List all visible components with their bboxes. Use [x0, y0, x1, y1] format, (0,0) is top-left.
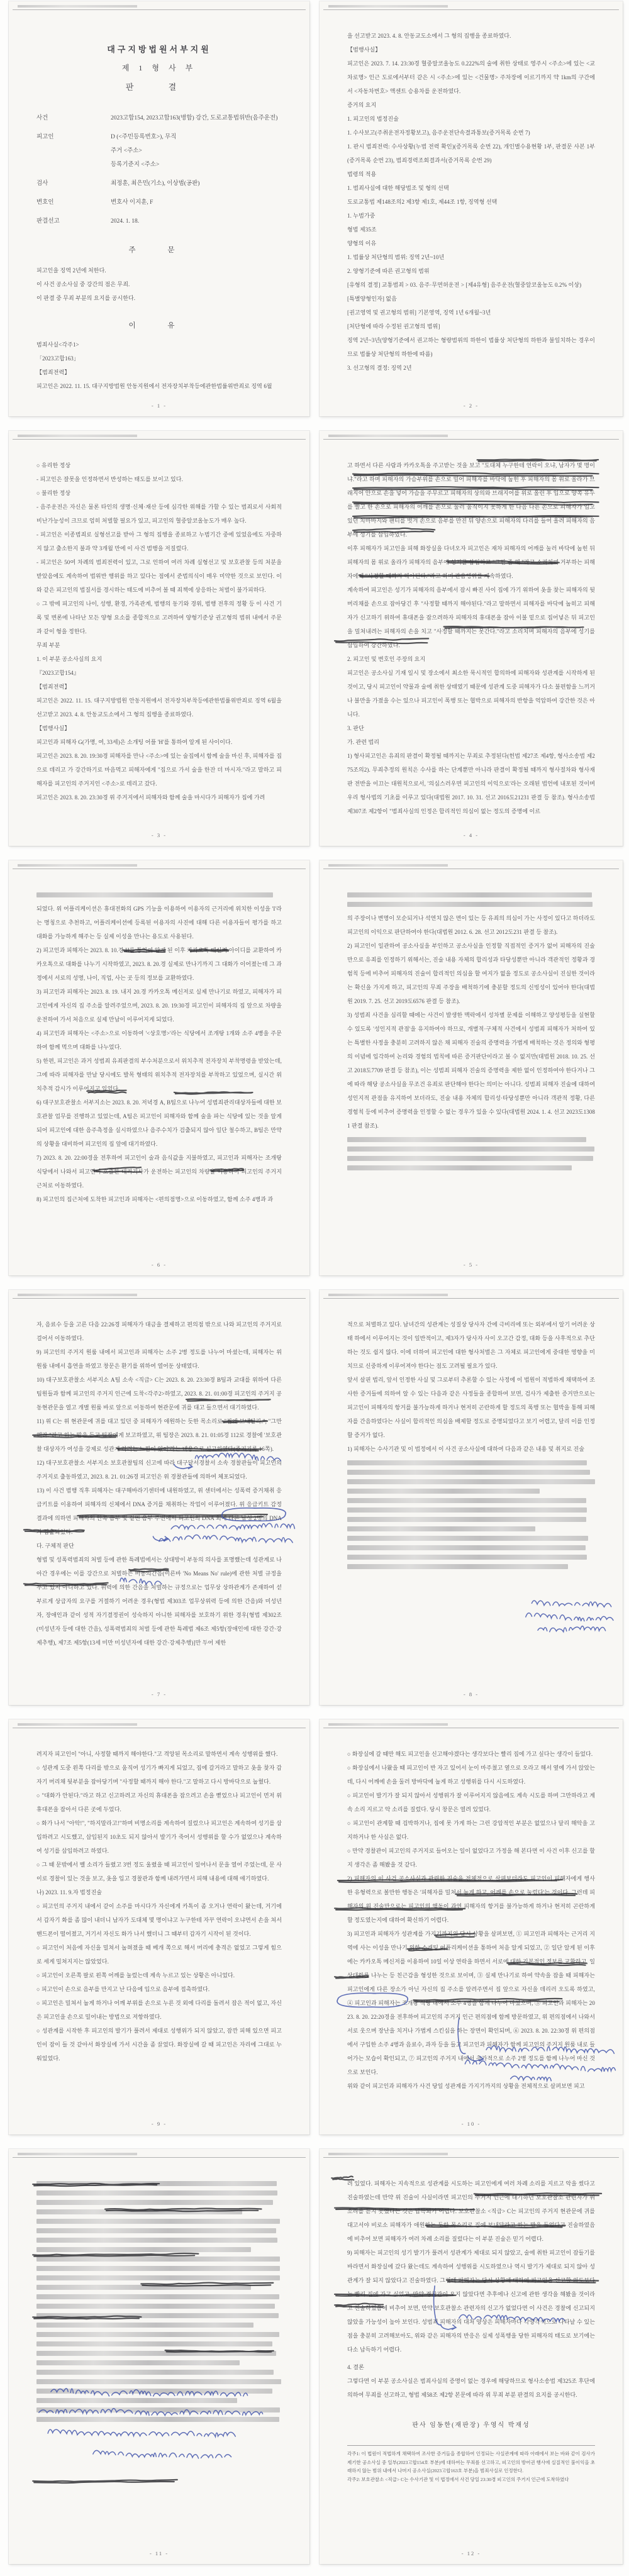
paragraph: 1. 누범가중	[347, 209, 595, 223]
print-header-caption	[328, 1294, 448, 1296]
page-3: ○ 유리한 정상- 피고인은 잘못을 인정하면서 반성하는 태도를 보이고 있다…	[9, 431, 309, 846]
field-label: 피고인	[36, 130, 111, 144]
paragraph: 3) 피고인과 피해자가 성관계를 가지기까지의 당시 상황을 살펴보면, ① …	[347, 1927, 595, 2079]
field-row: 변호인변호사 이지훈, F	[36, 196, 282, 209]
page-number: - 11 -	[9, 2550, 309, 2557]
paragraph: 2) 피고인과 피해자는 2023. 8. 10.경 H를 통하여 알게 된 이…	[36, 943, 282, 985]
paragraph: 을 선고받고 2023. 4. 8. 안동교도소에서 그 형의 집행을 종료하였…	[347, 29, 595, 43]
footnote-divider	[347, 2445, 595, 2446]
paragraph: 가. 관련 법리	[347, 735, 595, 749]
paragraph: ○ 피고인이 관계할 때 겁박하거나, 집에 못 가게 하는 그런 강압적인 부…	[347, 1816, 595, 1844]
paragraph: 적으로 처벌하고 있다. 남녀간의 성관계는 성질상 당사자 간에 극비리에 또…	[347, 1318, 595, 1373]
paragraph: 7) 2023. 8. 20. 22:00경을 전후하여 피고인이 술과 음식값…	[36, 1151, 282, 1192]
paragraph: 고 하면서 다른 사람과 카카오톡을 주고받는 것을 보고 "도대체 누구한테 …	[347, 458, 595, 541]
paragraph: 1. 수사보고(주취운전자정황보고), 음주운전단속결과통보(증거목록 순번 7…	[347, 126, 595, 140]
page-9: 려지자 피고인이 "아니, 사정할 때까지 해야한다."고 격앙된 목소리로 말…	[9, 1719, 309, 2135]
text-line-blurred	[36, 2323, 253, 2328]
page-number: - 3 -	[9, 832, 309, 838]
text-line-blurred	[36, 2407, 280, 2412]
text-line-blurred	[347, 1156, 593, 1161]
paragraph: - 피고인은 50여 차례의 범죄전력이 있고, 그로 인하여 여러 차례 실형…	[36, 555, 282, 597]
paragraph: ○ 피고인이 손으로 음부를 만지고 난 다음에 입으로 음부에 접촉하였다.	[36, 1982, 282, 1996]
paragraph: 5) 한편, 피고인은 과거 성범죄 유죄판결의 부수처분으로서 위치추적 전자…	[36, 1054, 282, 1096]
paragraph: 피고인은 2022. 11. 15. 대구지방법원 안동지원에서 전자장치부착등…	[36, 379, 282, 393]
paragraph: 2) 피고인이 일관하여 공소사실을 부인하고 공소사실을 인정할 직접적인 증…	[347, 939, 595, 1008]
text-line-blurred	[347, 1507, 587, 1513]
text-line-blurred	[36, 2341, 272, 2346]
paragraph: 4. 결론	[347, 2360, 595, 2374]
print-header	[9, 4, 309, 11]
page-number: - 6 -	[9, 1262, 309, 1268]
field-row: 검사최정훈, 최은민(기소), 이상범(공판)	[36, 177, 282, 191]
text-line-blurred	[36, 2181, 277, 2186]
text-line-blurred	[36, 2379, 281, 2384]
paragraph: 다. 구체적 판단	[36, 1539, 282, 1553]
print-header	[9, 1292, 309, 1300]
paragraph: 3) 성범죄 사건을 심리할 때에는 사건이 발생한 맥락에서 성차별 문제를 …	[347, 1008, 595, 1133]
paragraph: 11) 위 C는 위 현관문에 귀를 대고 있던 중 피해자가 애원하는 듯한 …	[36, 1414, 282, 1456]
paragraph: 3) 피고인과 피해자는 2023. 8. 19. 내지 20.경 카카오톡 메…	[36, 985, 282, 1026]
field-value: D (<주민등록번호>), 무직	[111, 130, 282, 144]
page-number: - 4 -	[320, 832, 623, 838]
paragraph: 그렇다면 이 부분 공소사실은 범죄사실의 증명이 없는 경우에 해당하므로 형…	[347, 2374, 595, 2402]
paragraph: 『2023고합154』	[36, 666, 282, 680]
print-header-caption	[18, 2153, 137, 2155]
paragraph: ○ "대화가 안된다."라고 하고 신고하려고 자신의 휴대폰을 잡으려고 손을…	[36, 1789, 282, 1816]
text-line-blurred	[347, 1545, 586, 1550]
field-label	[36, 158, 111, 172]
footnote: 각주2: 보호관찰소 <직급> C는 수사기관 및 이 법정에서 사건 당일 2…	[347, 2475, 595, 2484]
print-header	[320, 2151, 623, 2159]
paragraph: 1. 범죄사실에 대한 해당법조 및 형의 선택	[347, 181, 595, 195]
page-number: - 8 -	[320, 1691, 623, 1697]
text-line-blurred	[36, 892, 273, 897]
header-rule	[323, 2157, 619, 2158]
paragraph: 이 판결 중 무죄 부분의 요지를 공시한다.	[36, 291, 282, 305]
paragraph: 「2023고합163」	[36, 352, 282, 365]
paragraph: ○ 화가 나서 "아악!", "하지말라고!"하며 비명소리를 계속하여 질렀으…	[36, 1816, 282, 1858]
paragraph: 형법 제35조	[347, 223, 595, 236]
paragraph: 【범행사실】	[36, 721, 282, 735]
page-7: 자, 음료수 등을 고른 다음 22:26경 피해자가 대금을 결제하고 편의점…	[9, 1290, 309, 1705]
text-line-blurred	[347, 1470, 590, 1475]
judgment-scan-sheet: 대구지방법원서부지원제 1 형 사 부판 결사건2023고합154, 2023고…	[0, 0, 629, 2576]
paragraph: 1. 판시 범죄전력: 수사상황(누범 전력 확인)(증거목록 순번 22), …	[347, 140, 595, 167]
paragraph: 【범죄전력】	[36, 365, 282, 379]
paragraph: 되었다. 위 어플리케이션은 휴대전화의 GPS 기능을 이용하여 이용자의 근…	[36, 902, 282, 943]
print-header-caption	[18, 1294, 137, 1296]
text-line-blurred	[347, 1564, 568, 1569]
paragraph: 6) 대구보호관찰소 서부지소는 2023. 8. 20. 저녁경 A, B팀으…	[36, 1096, 282, 1151]
paragraph: ○ 불리한 정상	[36, 486, 282, 500]
paragraph: [처단형에 따라 수정된 권고형의 범위]	[347, 319, 595, 333]
paragraph: [유형의 결정] 교통범죄 > 03. 음주·무면허운전 > [제4유형] 음주…	[347, 278, 595, 292]
paragraph: ○ 화장실에 갈 때만 해도 피고인을 신고해야겠다는 생각보다는 빨리 집에 …	[347, 1747, 595, 1761]
text-line-blurred	[347, 1489, 540, 1494]
header-rule	[13, 9, 306, 10]
field-value: 2023고합154, 2023고합163(병합) 강간, 도로교통법위반(음주운…	[111, 111, 282, 125]
header-rule	[13, 1728, 306, 1728]
text-line-blurred	[347, 902, 593, 907]
header-rule	[323, 439, 619, 440]
field-value: 변호사 이지훈, F	[111, 196, 282, 209]
paragraph: 【범행사실】	[347, 43, 595, 57]
text-line-blurred	[347, 1165, 572, 1170]
paragraph: 2. 피고인 및 변호인 주장의 요지	[347, 652, 595, 666]
text-line-blurred	[36, 2294, 279, 2299]
print-header	[9, 1722, 309, 1729]
page-body: 되었다. 위 어플리케이션은 휴대전화의 GPS 기능을 이용하여 이용자의 근…	[9, 875, 309, 1254]
paragraph: 피고인은 공소사실 기재 일시 및 장소에서 최소한 묵시적인 합의하에 피해자…	[347, 666, 595, 721]
page-10: ○ 화장실에 갈 때만 해도 피고인을 신고해야겠다는 생각보다는 빨리 집에 …	[320, 1719, 623, 2135]
paragraph: 1. 피고인의 법정진술	[347, 112, 595, 126]
print-header	[9, 433, 309, 441]
page-body: 을 선고받고 2023. 4. 8. 안동교도소에서 그 형의 집행을 종료하였…	[320, 16, 623, 395]
paragraph: 앞서 살핀 법리, 앞서 인정한 사실 및 그로부터 추론할 수 있는 사정에 …	[347, 1373, 595, 1442]
page-body: 려지자 피고인이 "아니, 사정할 때까지 해야한다."고 격앙된 목소리로 말…	[9, 1735, 309, 2113]
page-12: 려 있었다. 피해자는 지속적으로 성관계를 시도하는 피고인에게 여러 차례 …	[320, 2149, 623, 2564]
field-value: 2024. 1. 18.	[111, 214, 282, 228]
page-body	[9, 2164, 309, 2543]
paragraph: 려지자 피고인이 "아니, 사정할 때까지 해야한다."고 격앙된 목소리로 말…	[36, 1747, 282, 1761]
page-4: 고 하면서 다른 사람과 카카오톡을 주고받는 것을 보고 "도대체 누구한테 …	[320, 431, 623, 846]
paragraph: 증거의 요지	[347, 98, 595, 112]
paragraph: 나) 2023. 11. 9.자 법정진술	[36, 1885, 282, 1899]
print-header	[320, 863, 623, 870]
text-line-blurred	[347, 1526, 535, 1531]
paragraph: 징역 2년~3년(양형기준에서 권고하는 형량범위의 하한이 법률상 처단형의 …	[347, 333, 595, 361]
header-rule	[323, 869, 619, 869]
paragraph: 자, 음료수 등을 고른 다음 22:26경 피해자가 대금을 결제하고 편의점…	[36, 1318, 282, 1345]
header-rule	[13, 2157, 306, 2158]
paragraph: 형법 및 성폭력범죄의 처벌 등에 관한 특례법에서는 상대방이 부동의 의사를…	[36, 1553, 282, 1650]
text-line-blurred	[36, 2266, 280, 2271]
header-rule	[13, 439, 306, 440]
field-label: 사건	[36, 111, 111, 125]
section-heading: 이 유	[36, 320, 282, 330]
paragraph: 3. 판단	[347, 721, 595, 735]
division-name: 제 1 형 사 부	[36, 62, 282, 73]
paragraph: [권고영역 및 권고형의 범위] 기본영역, 징역 1년 6개월~3년	[347, 306, 595, 319]
paragraph: 범죄사실<각주1>	[36, 338, 282, 352]
page-number: - 9 -	[9, 2121, 309, 2127]
page-body: 고 하면서 다른 사람과 카카오톡을 주고받는 것을 보고 "도대체 누구한테 …	[320, 446, 623, 824]
text-line-blurred	[36, 2304, 275, 2309]
print-header-caption	[328, 2153, 448, 2155]
page-body: 려 있었다. 피해자는 지속적으로 성관계를 시도하는 피고인에게 여러 차례 …	[320, 2164, 623, 2543]
header-rule	[323, 9, 619, 10]
print-header	[320, 433, 623, 441]
paragraph: 9) 피고인의 주거지 원룸 내에서 피고인과 피해자는 소주 2병 정도를 나…	[36, 1345, 282, 1373]
text-line-blurred	[36, 2332, 279, 2337]
paragraph: ○ 피고인은 밀쳐서 눕게 하거나 어깨 부위를 손으로 누른 것 외에 다리를…	[36, 1996, 282, 2024]
section-heading: 주 문	[36, 245, 282, 255]
header-rule	[13, 869, 306, 869]
text-line-blurred	[36, 2257, 280, 2262]
paragraph: 피고인은 2023. 7. 14. 23:30경 혈중알코올농도 0.222%의…	[347, 57, 595, 98]
text-line-blurred	[347, 892, 592, 897]
paragraph: 10) 대구보호관찰소 서부지소 A팀 소속 <직급> C는 2023. 8. …	[36, 1373, 282, 1414]
field-value: 등록기준지 <주소>	[111, 158, 282, 172]
field-row: 등록기준지 <주소>	[36, 158, 282, 172]
field-label: 변호인	[36, 196, 111, 209]
text-line-blurred	[36, 2238, 277, 2243]
field-value: 주거 <주소>	[111, 144, 282, 158]
paragraph: 의 주장이나 변명이 모순되거나 석연치 않은 면이 있는 등 유죄의 의심이 …	[347, 911, 595, 939]
field-value: 최정훈, 최은민(기소), 이상범(공판)	[111, 177, 282, 191]
text-line-blurred	[36, 2398, 237, 2403]
paragraph: ○ 유리한 정상	[36, 458, 282, 472]
print-header	[9, 863, 309, 870]
paragraph: 12) 대구보호관찰소 서부지소 보호관찰팀의 신고에 따라 대구달서경찰서 소…	[36, 1456, 282, 1484]
field-label: 검사	[36, 177, 111, 191]
paragraph: 13) 이 사건 범행 직후 피해자는 대구해바라기센터에 내원하였고, 위 센…	[36, 1484, 282, 1539]
print-header	[9, 2151, 309, 2159]
paragraph: ○ 성관계 도중 왼쪽 다리를 밖으로 움직여 성기가 빠지게 되었고, 집에 …	[36, 1761, 282, 1789]
paragraph: ○ 피고인이 발기가 잘 되지 않아서 성행위가 잘 이루어지지 않음에도 계속…	[347, 1789, 595, 1816]
page-8: 적으로 처벌하고 있다. 남녀간의 성관계는 성질상 당사자 간에 극비리에 또…	[320, 1290, 623, 1705]
paragraph: ○ 만약 경찰관이 피고인의 주거지로 들어오는 일이 없었다고 가정을 해 본…	[347, 1844, 595, 1872]
page-body: 의 주장이나 변명이 모순되거나 석연치 않은 면이 있는 등 유죄의 의심이 …	[320, 875, 623, 1254]
paragraph: 위와 같이 피고인과 피해자가 사건 당일 성관계를 가지기까지의 상황을 전체…	[347, 2079, 595, 2093]
print-header-caption	[18, 1723, 137, 1726]
paragraph: ○ 화장실에서 나왔을 때 피고인이 반 자고 있어서 눈이 마주쳤고 옆으로 …	[347, 1761, 595, 1789]
paragraph: 무죄 부분	[36, 638, 282, 652]
text-line-blurred	[36, 2313, 279, 2318]
page-number: - 7 -	[9, 1691, 309, 1697]
paragraph: 피고인은 2023. 8. 20. 23:30경 위 주거지에서 피해자와 함께…	[36, 791, 282, 804]
paragraph: 2. 양형기준에 따른 권고형의 범위	[347, 264, 595, 278]
page-number: - 1 -	[9, 402, 309, 409]
text-line-blurred	[36, 2351, 276, 2356]
text-line-blurred	[36, 2209, 242, 2214]
paragraph: 이 사건 공소사실 중 강간의 점은 무죄.	[36, 277, 282, 291]
print-header-caption	[18, 435, 137, 437]
print-header-caption	[328, 864, 448, 867]
page-body: ○ 화장실에 갈 때만 해도 피고인을 신고해야겠다는 생각보다는 빨리 집에 …	[320, 1735, 623, 2113]
paragraph: - 피고인은 이종범죄로 실형선고를 받아 그 형의 집행을 종료하고 누범기간…	[36, 528, 282, 555]
paragraph: ○ 피고인의 주거지 내에서 같이 소주를 마시다가 자신에게 카톡이 좀 오거…	[36, 1899, 282, 1941]
print-header-caption	[328, 435, 448, 437]
field-row: 주거 <주소>	[36, 144, 282, 158]
page-number: - 10 -	[320, 2121, 623, 2127]
print-header-caption	[18, 864, 137, 867]
text-line-blurred	[36, 2247, 251, 2252]
court-name: 대구지방법원서부지원	[36, 43, 282, 55]
page-2: 을 선고받고 2023. 4. 8. 안동교도소에서 그 형의 집행을 종료하였…	[320, 1, 623, 416]
print-header	[320, 1722, 623, 1729]
paragraph: 피고인은 2023. 8. 20. 19:30경 피해자를 만나 <주소>에 있…	[36, 749, 282, 791]
paragraph: ○ 피고인이 처음에 자신을 밀쳐서 눕혀졌을 때 베개 쪽으로 해서 머리에 …	[36, 1941, 282, 1968]
paragraph: - 음주운전은 자신은 물론 타인의 생명·신체·재산 등에 심각한 위해를 가…	[36, 500, 282, 528]
paragraph: 1) 형사피고인은 유죄의 판결이 확정될 때까지는 무죄로 추정된다(헌법 제…	[347, 749, 595, 818]
text-line-blurred	[36, 2200, 273, 2205]
judges-signature: 판사 임동한(재판장) 우영식 박재성	[347, 2419, 595, 2429]
paragraph: 1. 법률상 처단형의 범위: 징역 2년~10년	[347, 250, 595, 264]
print-header	[320, 1292, 623, 1300]
paragraph: 이후 피해자가 피고인을 피해 화장실을 다녀오자 피고인은 재차 피해자의 어…	[347, 541, 595, 583]
header-rule	[323, 1298, 619, 1299]
print-header	[320, 4, 623, 11]
text-line-blurred	[36, 2190, 277, 2196]
page-body: 자, 음료수 등을 고른 다음 22:26경 피해자가 대금을 결제하고 편의점…	[9, 1305, 309, 1684]
text-line-blurred	[347, 1555, 587, 1560]
text-line-blurred	[36, 2417, 279, 2422]
paragraph: 4) 피고인과 피해자는 <주소>으로 이동하여 '<상호명>'라는 식당에서 …	[36, 1026, 282, 1054]
text-line-blurred	[347, 1536, 588, 1541]
page-11: - 11 -	[9, 2149, 309, 2564]
paragraph: 1) 피해자는 수사기관 및 이 법정에서 이 사건 공소사실에 대하여 다음과…	[347, 1442, 595, 1456]
text-line-blurred	[36, 2275, 280, 2280]
paragraph: 피고인을 징역 2년에 처한다.	[36, 264, 282, 277]
text-line-blurred	[36, 2370, 274, 2375]
page-body: 대구지방법원서부지원제 1 형 사 부판 결사건2023고합154, 2023고…	[9, 16, 309, 395]
field-row: 판결선고2024. 1. 18.	[36, 214, 282, 228]
paragraph: 피고인은 2022. 11. 15. 대구지방법원 안동지원에서 전자장치부착등…	[36, 694, 282, 721]
paragraph: 양형의 이유	[347, 236, 595, 250]
paragraph: [특별양형인자] 없음	[347, 292, 595, 306]
page-number: - 2 -	[320, 402, 623, 409]
text-line-blurred	[347, 1498, 586, 1503]
text-line-blurred	[347, 1517, 586, 1522]
paragraph: ○ 피고인이 오른쪽 팔로 왼쪽 어깨를 눌렀는데 계속 누르고 있는 상황은 …	[36, 1968, 282, 1982]
text-line-blurred	[347, 1479, 595, 1484]
paragraph: ○ 그 밖에 피고인의 나이, 성행, 환경, 가족관계, 범행의 동기와 경위…	[36, 597, 282, 638]
text-line-blurred	[36, 2219, 280, 2224]
paragraph: 법령의 적용	[347, 167, 595, 181]
paragraph: 【범죄전력】	[36, 680, 282, 694]
paragraph: 8) 피고인의 집근처에 도착한 피고인과 피해자는 <편의점명>으로 이동하였…	[36, 1192, 282, 1206]
paragraph: 피고인과 피해자 G(가명, 여, 33세)은 소개팅 어플 'H'를 통하여 …	[36, 735, 282, 749]
page-number: - 12 -	[320, 2550, 623, 2557]
paragraph: 3. 선고형의 결정: 징역 2년	[347, 361, 595, 375]
text-line-blurred	[36, 2228, 276, 2233]
paragraph: ○ 성관계를 시작한 후 피고인의 발기가 풀려서 제대로 성행위가 되지 않았…	[36, 2024, 282, 2065]
paragraph: 1. 이 부분 공소사실의 요지	[36, 652, 282, 666]
header-rule	[13, 1298, 306, 1299]
field-row: 피고인D (<주민등록번호>), 무직	[36, 130, 282, 144]
text-line-blurred	[347, 1146, 594, 1152]
text-line-blurred	[347, 1137, 586, 1142]
header-rule	[323, 1728, 619, 1728]
field-row: 사건2023고합154, 2023고합163(병합) 강간, 도로교통법위반(음…	[36, 111, 282, 125]
paragraph: 9) 피해자는 피고인의 성기 발기가 풀려서 성관계가 제대로 되지 않았고,…	[347, 2246, 595, 2357]
paragraph: 계속하여 피고인은 성기가 피해자의 음부에서 잠시 빠진 사이 집에 가기 위…	[347, 583, 595, 652]
print-header-caption	[328, 5, 448, 8]
paragraph: ○ 그 때 문밖에서 벨 소리가 들렸고 3번 정도 울렸을 때 피고인이 일어…	[36, 1858, 282, 1885]
page-6: 되었다. 위 어플리케이션은 휴대전화의 GPS 기능을 이용하여 이용자의 근…	[9, 860, 309, 1275]
text-line-blurred	[36, 2285, 251, 2290]
paragraph: 도로교통법 제148조의2 제3항 제1호, 제44조 1항, 징역형 선택	[347, 195, 595, 209]
paragraph: 2) 피해자의 이 사건 공소사실과 관련한 진술을 전체적으로 살펴보더라도 …	[347, 1872, 595, 1927]
paragraph: - 피고인은 잘못을 인정하면서 반성하는 태도를 보이고 있다.	[36, 472, 282, 486]
text-line-blurred	[36, 2360, 240, 2365]
page-body: 적으로 처벌하고 있다. 남녀간의 성관계는 성질상 당사자 간에 극비리에 또…	[320, 1305, 623, 1684]
page-1: 대구지방법원서부지원제 1 형 사 부판 결사건2023고합154, 2023고…	[9, 1, 309, 416]
text-line-blurred	[36, 2389, 272, 2394]
page-5: 의 주장이나 변명이 모순되거나 석연치 않은 면이 있는 등 유죄의 의심이 …	[320, 860, 623, 1275]
text-line-blurred	[347, 1460, 587, 1465]
print-header-caption	[18, 5, 137, 8]
field-label	[36, 144, 111, 158]
footnote: 각주1: 이 법원이 적법하게 채택하여 조사한 증거들을 종합하여 인정되는 …	[347, 2450, 595, 2475]
paragraph: 려 있었다. 피해자는 지속적으로 성관계를 시도하는 피고인에게 여러 차례 …	[347, 2177, 595, 2246]
page-number: - 5 -	[320, 1262, 623, 1268]
print-header-caption	[328, 1723, 448, 1726]
page-body: ○ 유리한 정상- 피고인은 잘못을 인정하면서 반성하는 태도를 보이고 있다…	[9, 446, 309, 824]
field-label: 판결선고	[36, 214, 111, 228]
document-type: 판 결	[36, 80, 282, 92]
